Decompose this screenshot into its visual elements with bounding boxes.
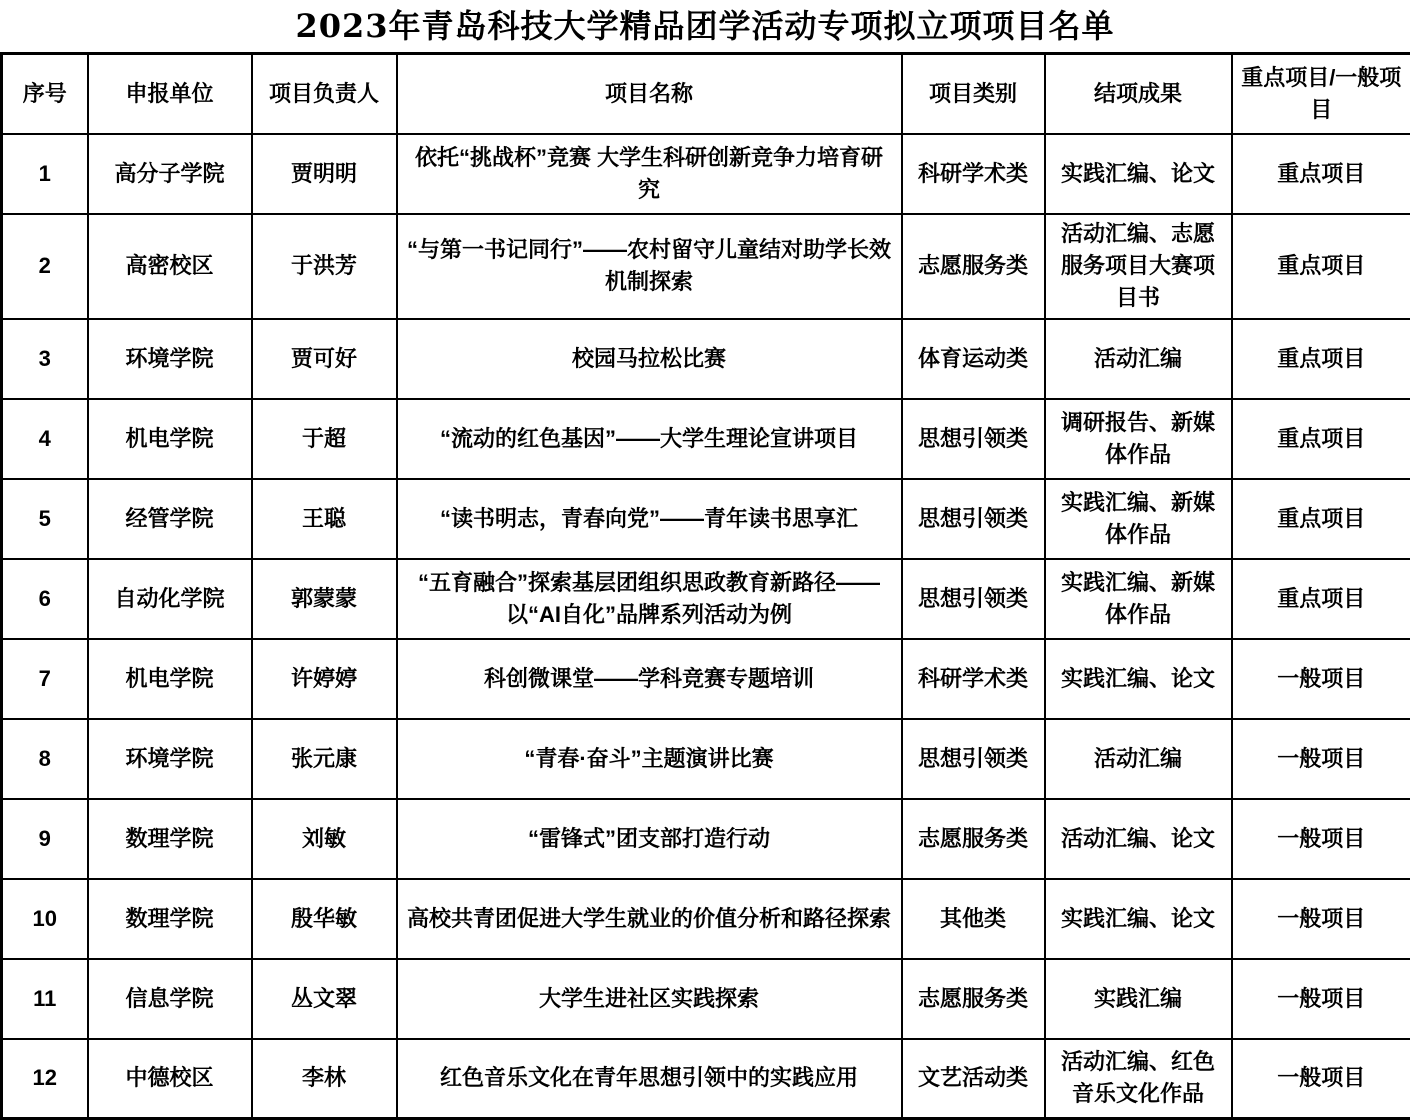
- cell-no: 8: [2, 719, 88, 799]
- cell-unit: 机电学院: [88, 639, 252, 719]
- table-row: 1高分子学院贾明明依托“挑战杯”竞赛 大学生科研创新竞争力培育研究科研学术类实践…: [2, 134, 1410, 214]
- cell-leader: 于洪芳: [252, 214, 397, 319]
- cell-level: 一般项目: [1232, 719, 1410, 799]
- cell-unit: 数理学院: [88, 799, 252, 879]
- cell-leader: 贾可好: [252, 319, 397, 399]
- cell-leader: 郭蒙蒙: [252, 559, 397, 639]
- table-row: 8环境学院张元康“青春·奋斗”主题演讲比赛思想引领类活动汇编一般项目: [2, 719, 1410, 799]
- cell-no: 7: [2, 639, 88, 719]
- table-row: 10数理学院殷华敏高校共青团促进大学生就业的价值分析和路径探索其他类实践汇编、论…: [2, 879, 1410, 959]
- cell-no: 2: [2, 214, 88, 319]
- page-title: 2023年青岛科技大学精品团学活动专项拟立项项目名单: [0, 0, 1410, 52]
- cell-level: 重点项目: [1232, 399, 1410, 479]
- cell-level: 重点项目: [1232, 319, 1410, 399]
- cell-level: 一般项目: [1232, 959, 1410, 1039]
- cell-unit: 机电学院: [88, 399, 252, 479]
- cell-leader: 丛文翠: [252, 959, 397, 1039]
- cell-no: 11: [2, 959, 88, 1039]
- cell-unit: 信息学院: [88, 959, 252, 1039]
- cell-outcome: 实践汇编、新媒体作品: [1045, 559, 1232, 639]
- cell-no: 5: [2, 479, 88, 559]
- cell-no: 10: [2, 879, 88, 959]
- column-header-level: 重点项目/一般项目: [1232, 54, 1410, 134]
- cell-category: 志愿服务类: [902, 214, 1045, 319]
- cell-category: 文艺活动类: [902, 1039, 1045, 1119]
- column-header-outcome: 结项成果: [1045, 54, 1232, 134]
- table-row: 2高密校区于洪芳“与第一书记同行”——农村留守儿童结对助学长效机制探索志愿服务类…: [2, 214, 1410, 319]
- cell-leader: 刘敏: [252, 799, 397, 879]
- cell-leader: 许婷婷: [252, 639, 397, 719]
- cell-unit: 环境学院: [88, 719, 252, 799]
- cell-outcome: 实践汇编、论文: [1045, 879, 1232, 959]
- document-page: 2023年青岛科技大学精品团学活动专项拟立项项目名单 序号申报单位项目负责人项目…: [0, 0, 1410, 1120]
- cell-name: “雷锋式”团支部打造行动: [397, 799, 902, 879]
- cell-no: 4: [2, 399, 88, 479]
- cell-leader: 李林: [252, 1039, 397, 1119]
- cell-outcome: 实践汇编、新媒体作品: [1045, 479, 1232, 559]
- projects-table: 序号申报单位项目负责人项目名称项目类别结项成果重点项目/一般项目 1高分子学院贾…: [0, 52, 1410, 1120]
- cell-outcome: 活动汇编: [1045, 719, 1232, 799]
- cell-level: 重点项目: [1232, 479, 1410, 559]
- column-header-no: 序号: [2, 54, 88, 134]
- table-row: 11信息学院丛文翠大学生进社区实践探索志愿服务类实践汇编一般项目: [2, 959, 1410, 1039]
- cell-name: 大学生进社区实践探索: [397, 959, 902, 1039]
- cell-level: 一般项目: [1232, 1039, 1410, 1119]
- cell-outcome: 活动汇编、志愿服务项目大赛项目书: [1045, 214, 1232, 319]
- cell-level: 重点项目: [1232, 134, 1410, 214]
- table-row: 7机电学院许婷婷科创微课堂——学科竞赛专题培训科研学术类实践汇编、论文一般项目: [2, 639, 1410, 719]
- cell-unit: 环境学院: [88, 319, 252, 399]
- cell-level: 一般项目: [1232, 639, 1410, 719]
- cell-outcome: 活动汇编、红色音乐文化作品: [1045, 1039, 1232, 1119]
- cell-unit: 高密校区: [88, 214, 252, 319]
- cell-name: 高校共青团促进大学生就业的价值分析和路径探索: [397, 879, 902, 959]
- table-row: 12中德校区李林红色音乐文化在青年思想引领中的实践应用文艺活动类活动汇编、红色音…: [2, 1039, 1410, 1119]
- cell-outcome: 实践汇编: [1045, 959, 1232, 1039]
- cell-leader: 殷华敏: [252, 879, 397, 959]
- cell-level: 一般项目: [1232, 879, 1410, 959]
- table-row: 5经管学院王聪“读书明志，青春向党”——青年读书思享汇思想引领类实践汇编、新媒体…: [2, 479, 1410, 559]
- cell-category: 科研学术类: [902, 134, 1045, 214]
- column-header-leader: 项目负责人: [252, 54, 397, 134]
- column-header-name: 项目名称: [397, 54, 902, 134]
- cell-name: “流动的红色基因”——大学生理论宣讲项目: [397, 399, 902, 479]
- cell-category: 体育运动类: [902, 319, 1045, 399]
- cell-unit: 自动化学院: [88, 559, 252, 639]
- cell-category: 思想引领类: [902, 559, 1045, 639]
- cell-outcome: 实践汇编、论文: [1045, 639, 1232, 719]
- column-header-category: 项目类别: [902, 54, 1045, 134]
- cell-outcome: 实践汇编、论文: [1045, 134, 1232, 214]
- table-header-row: 序号申报单位项目负责人项目名称项目类别结项成果重点项目/一般项目: [2, 54, 1410, 134]
- cell-category: 思想引领类: [902, 479, 1045, 559]
- cell-no: 9: [2, 799, 88, 879]
- table-row: 9数理学院刘敏“雷锋式”团支部打造行动志愿服务类活动汇编、论文一般项目: [2, 799, 1410, 879]
- cell-category: 科研学术类: [902, 639, 1045, 719]
- cell-outcome: 活动汇编: [1045, 319, 1232, 399]
- cell-leader: 张元康: [252, 719, 397, 799]
- cell-no: 6: [2, 559, 88, 639]
- cell-category: 其他类: [902, 879, 1045, 959]
- cell-leader: 于超: [252, 399, 397, 479]
- cell-no: 12: [2, 1039, 88, 1119]
- cell-level: 一般项目: [1232, 799, 1410, 879]
- cell-name: 红色音乐文化在青年思想引领中的实践应用: [397, 1039, 902, 1119]
- cell-category: 志愿服务类: [902, 799, 1045, 879]
- cell-category: 志愿服务类: [902, 959, 1045, 1039]
- cell-name: “青春·奋斗”主题演讲比赛: [397, 719, 902, 799]
- table-row: 4机电学院于超“流动的红色基因”——大学生理论宣讲项目思想引领类调研报告、新媒体…: [2, 399, 1410, 479]
- cell-name: 依托“挑战杯”竞赛 大学生科研创新竞争力培育研究: [397, 134, 902, 214]
- table-row: 3环境学院贾可好校园马拉松比赛体育运动类活动汇编重点项目: [2, 319, 1410, 399]
- cell-unit: 中德校区: [88, 1039, 252, 1119]
- cell-leader: 王聪: [252, 479, 397, 559]
- cell-name: 科创微课堂——学科竞赛专题培训: [397, 639, 902, 719]
- table-row: 6自动化学院郭蒙蒙“五育融合”探索基层团组织思政教育新路径——以“AI自化”品牌…: [2, 559, 1410, 639]
- cell-name: “五育融合”探索基层团组织思政教育新路径——以“AI自化”品牌系列活动为例: [397, 559, 902, 639]
- cell-category: 思想引领类: [902, 719, 1045, 799]
- cell-level: 重点项目: [1232, 559, 1410, 639]
- cell-name: “与第一书记同行”——农村留守儿童结对助学长效机制探索: [397, 214, 902, 319]
- cell-category: 思想引领类: [902, 399, 1045, 479]
- cell-name: “读书明志，青春向党”——青年读书思享汇: [397, 479, 902, 559]
- cell-level: 重点项目: [1232, 214, 1410, 319]
- cell-unit: 数理学院: [88, 879, 252, 959]
- cell-unit: 高分子学院: [88, 134, 252, 214]
- cell-no: 3: [2, 319, 88, 399]
- column-header-unit: 申报单位: [88, 54, 252, 134]
- cell-no: 1: [2, 134, 88, 214]
- cell-outcome: 调研报告、新媒体作品: [1045, 399, 1232, 479]
- cell-name: 校园马拉松比赛: [397, 319, 902, 399]
- cell-leader: 贾明明: [252, 134, 397, 214]
- cell-unit: 经管学院: [88, 479, 252, 559]
- cell-outcome: 活动汇编、论文: [1045, 799, 1232, 879]
